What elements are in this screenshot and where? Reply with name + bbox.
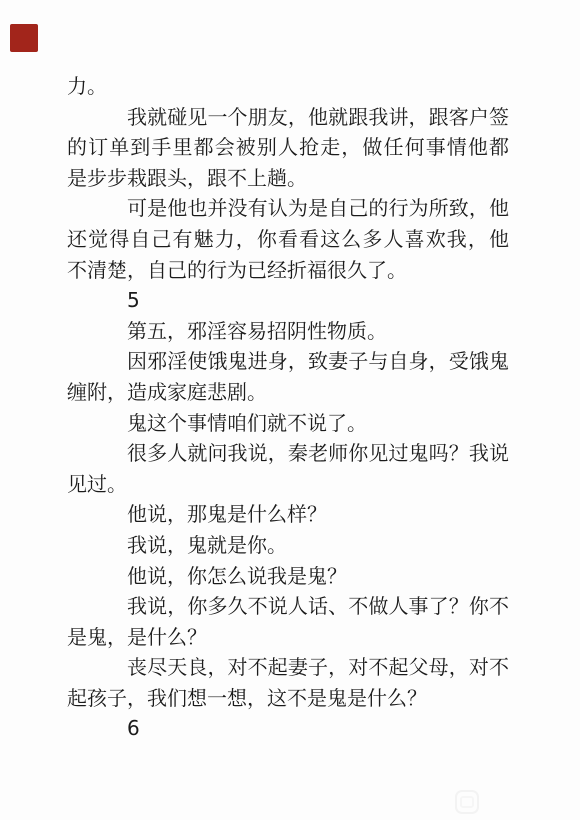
text-line: 我说，你多久不说人话、不做人事了？你不 [67,591,509,622]
text-line: 他说，你怎么说我是鬼？ [67,561,509,592]
text-line: 因邪淫使饿鬼进身，致妻子与自身，受饿鬼 [67,346,509,377]
text-line: 是鬼，是什么？ [67,622,509,653]
text-line: 5 [67,285,509,316]
text-line: 鬼这个事情咱们就不说了。 [67,408,509,439]
text-line: 我说，鬼就是你。 [67,530,509,561]
document-page: 力。我就碰见一个朋友，他就跟我讲，跟客户签的订单到手里都会被别人抢走，做任何事情… [0,0,580,820]
text-line: 力。 [67,71,509,102]
text-line: 我就碰见一个朋友，他就跟我讲，跟客户签 [67,102,509,133]
text-line: 丧尽天良，对不起妻子，对不起父母，对不 [67,652,509,683]
text-line: 见过。 [67,469,509,500]
text-line: 的订单到手里都会被别人抢走，做任何事情他都 [67,132,509,163]
text-line: 是步步栽跟头，跟不上趟。 [67,163,509,194]
text-line: 他说，那鬼是什么样？ [67,499,509,530]
text-line: 很多人就问我说，秦老师你见过鬼吗？我说 [67,438,509,469]
body-text: 力。我就碰见一个朋友，他就跟我讲，跟客户签的订单到手里都会被别人抢走，做任何事情… [67,71,509,744]
text-line: 起孩子，我们想一想，这不是鬼是什么？ [67,683,509,714]
text-line: 6 [67,713,509,744]
text-line: 缠附，造成家庭悲剧。 [67,377,509,408]
text-line: 不清楚，自己的行为已经折福很久了。 [67,255,509,286]
red-square-marker [10,24,38,52]
watermark-inner-shape [460,796,474,808]
text-line: 还觉得自己有魅力，你看看这么多人喜欢我，他 [67,224,509,255]
text-line: 第五，邪淫容易招阴性物质。 [67,316,509,347]
watermark-logo-icon [455,790,479,814]
text-line: 可是他也并没有认为是自己的行为所致，他 [67,193,509,224]
